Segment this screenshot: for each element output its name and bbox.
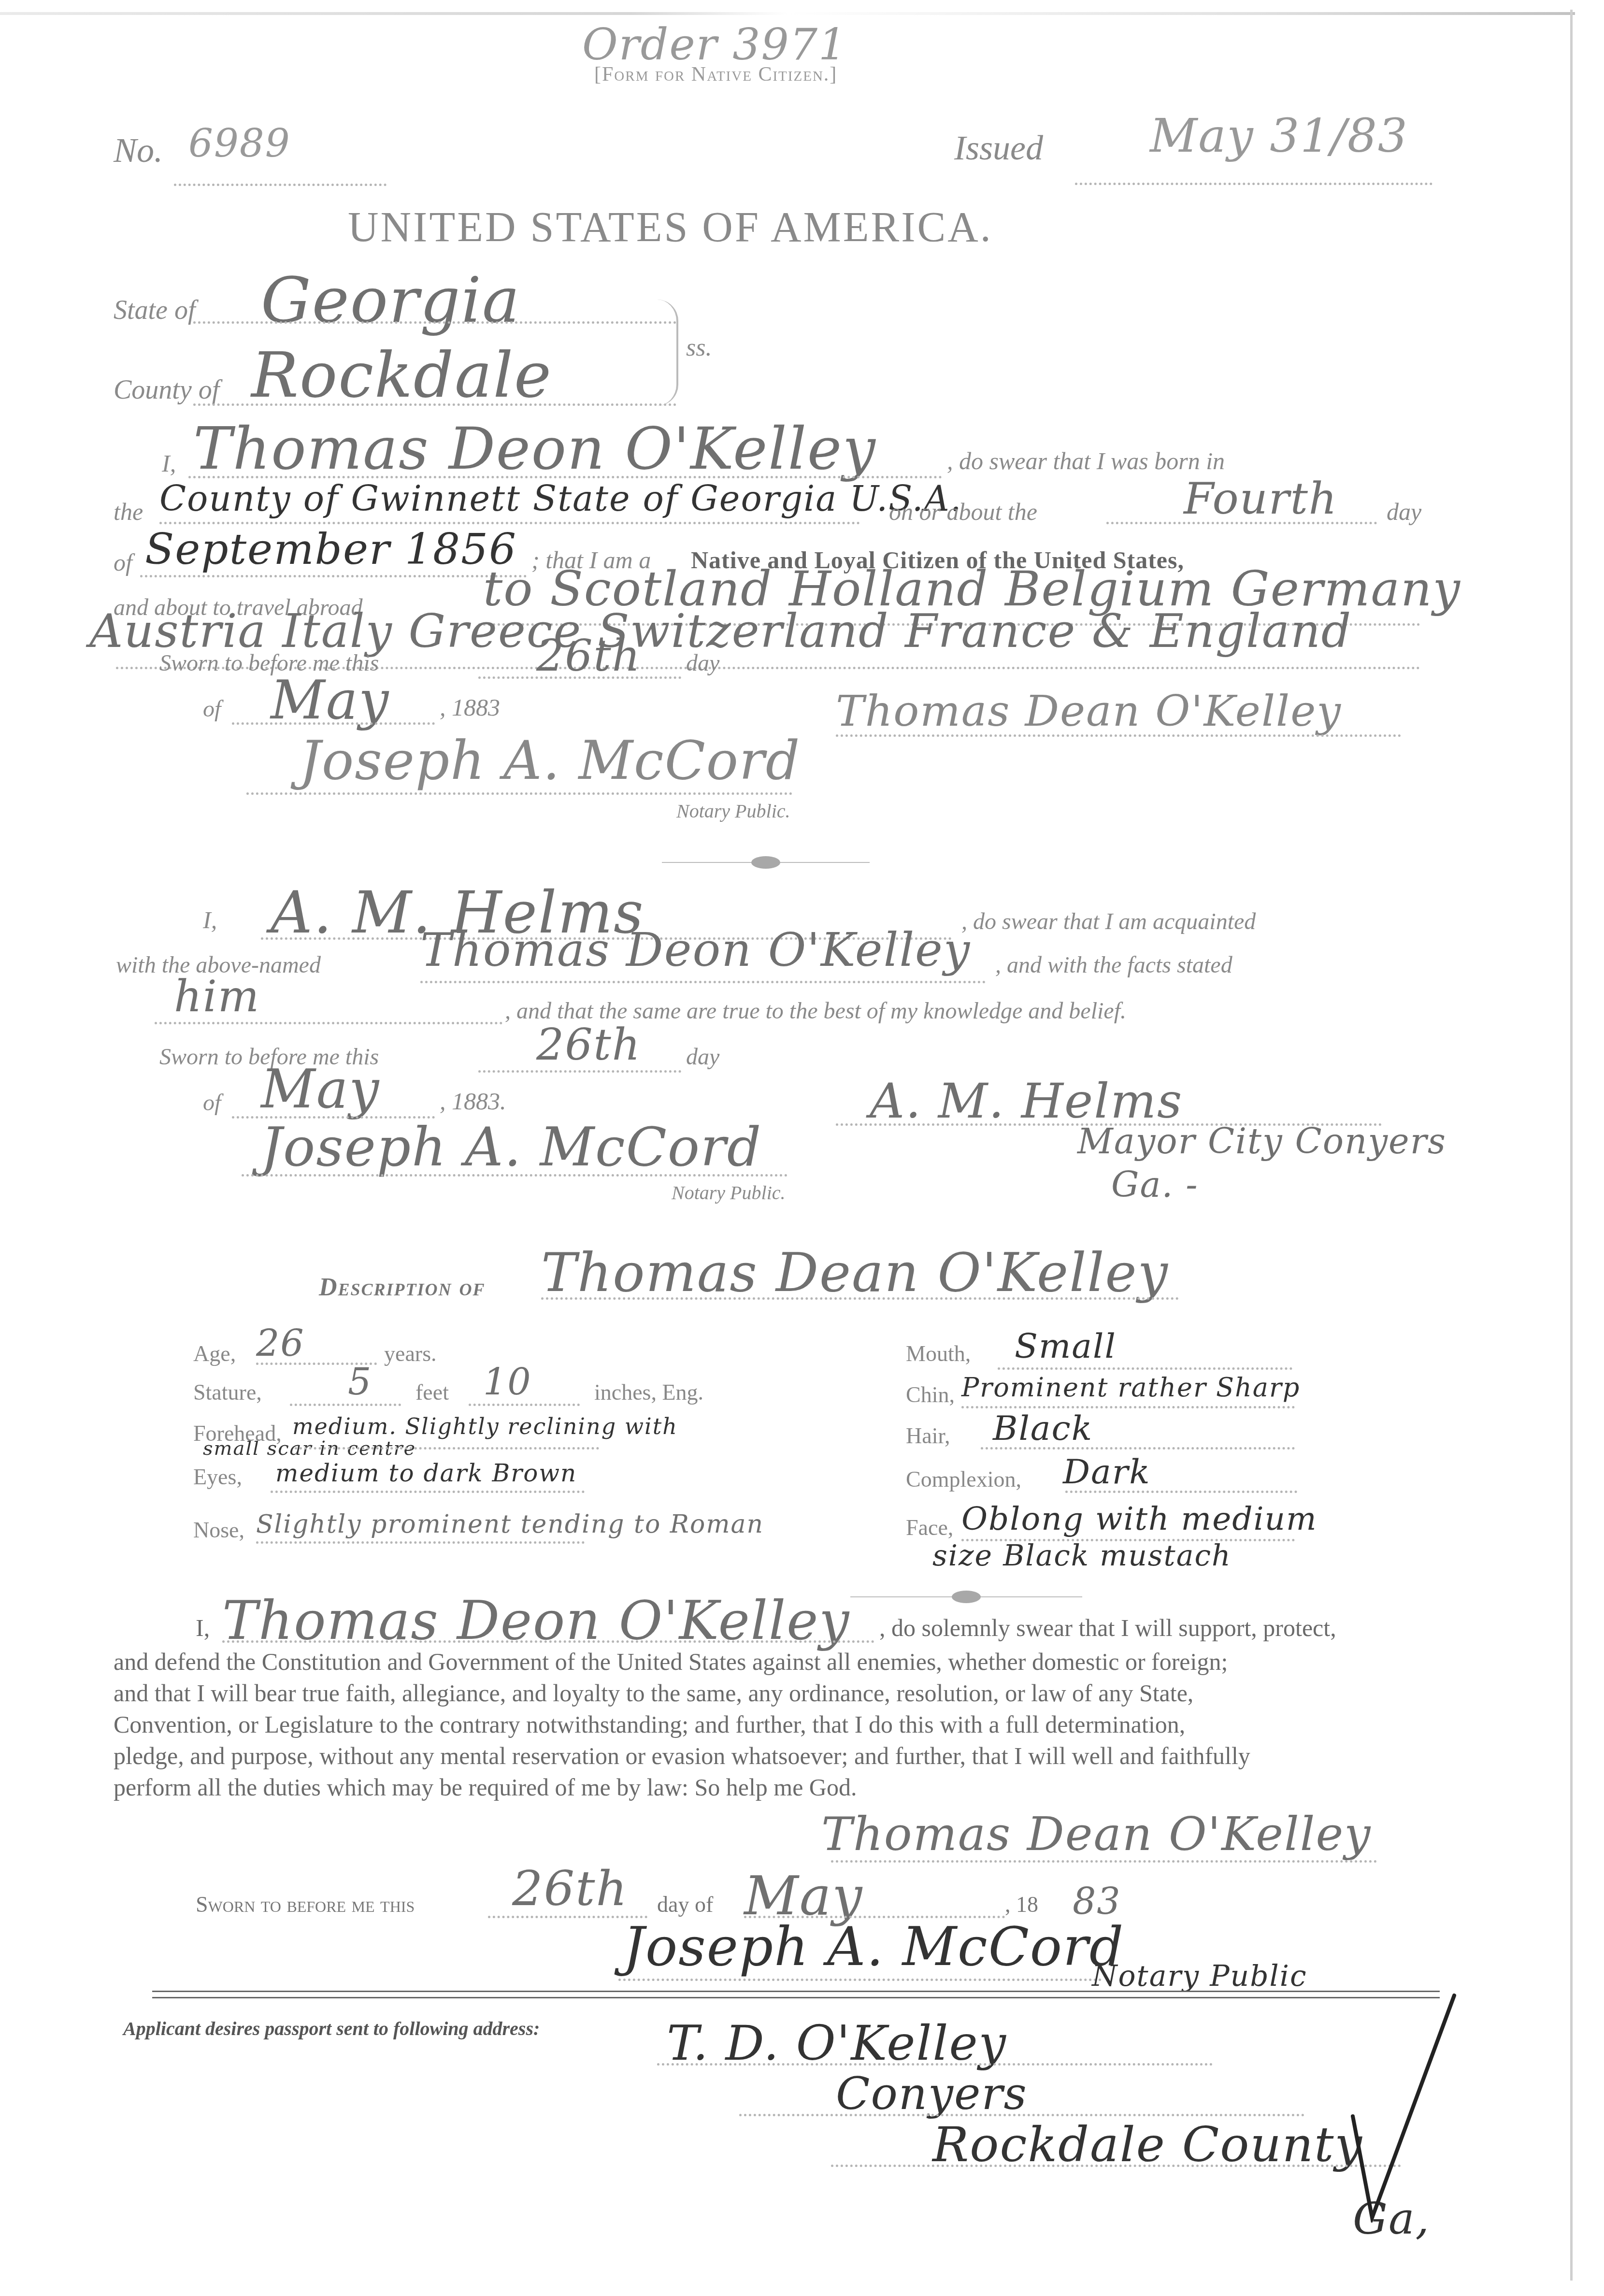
eyes-line: [271, 1491, 585, 1493]
face-value-line-2: size Black mustach: [932, 1539, 1232, 1573]
address-separator: [152, 1991, 1440, 1998]
oath-line-1-tail: , do solemnly swear that I will support,…: [879, 1614, 1336, 1642]
applicant-sworn-day: 26th: [536, 631, 641, 681]
applicant-sworn-day-line: [478, 676, 681, 679]
stature-feet-value: 5: [348, 1360, 372, 1403]
paper-top-edge: [0, 12, 1575, 15]
applicant-sworn-month: May: [271, 669, 389, 731]
complexion-line: [1065, 1491, 1297, 1493]
oath-sworn-label: Sworn to before me this: [196, 1892, 415, 1917]
document-title: UNITED STATES OF AMERICA.: [348, 203, 993, 252]
oath-day-of-label: day of: [657, 1892, 713, 1917]
applicant-sworn-month-line: [232, 722, 435, 725]
oath-name-line: [222, 1640, 874, 1643]
issued-label: Issued: [954, 128, 1043, 168]
oath-notary-line: [618, 1979, 1102, 1981]
state-label: State of: [114, 295, 196, 326]
witness-title-line-2: Ga. -: [1111, 1164, 1199, 1205]
witness-title-line-1: Mayor City Conyers: [1077, 1121, 1446, 1162]
check-mark-icon: [1343, 1991, 1469, 2223]
hair-label: Hair,: [906, 1423, 950, 1449]
chin-label: Chin,: [906, 1382, 955, 1407]
issued-line: [1075, 183, 1432, 185]
hair-value: Black: [993, 1408, 1093, 1448]
oath-line-3: and that I will bear true faith, allegia…: [114, 1679, 1193, 1707]
county-line: [193, 403, 676, 406]
forehead-value: medium. Slightly reclining with: [292, 1413, 678, 1439]
age-value: 26: [256, 1321, 305, 1364]
ss-label: ss.: [686, 333, 712, 362]
mouth-value: Small: [1015, 1326, 1117, 1366]
eyes-label: Eyes,: [193, 1464, 242, 1490]
oath-sworn-day: 26th: [512, 1860, 628, 1917]
nose-value: Slightly prominent tending to Roman: [256, 1510, 764, 1539]
venue-bracket: [657, 300, 678, 406]
mouth-label: Mouth,: [906, 1341, 971, 1366]
witness-text-1: , do swear that I am acquainted: [961, 908, 1256, 935]
applicant-i-label: I,: [162, 449, 176, 477]
oath-notary-signature: Joseph A. McCord: [623, 1916, 1124, 1978]
applicant-sworn-year: , 1883: [440, 693, 500, 721]
witness-sworn-year: , 1883.: [440, 1087, 506, 1115]
oath-line-4: Convention, or Legislature to the contra…: [114, 1710, 1185, 1738]
form-type-label: [Form for Native Citizen.]: [594, 63, 837, 86]
witness-sworn-month: May: [261, 1058, 380, 1120]
birth-month-year: September 1856: [145, 524, 517, 574]
witness-notary-title: Notary Public.: [672, 1181, 786, 1204]
oath-notary-title: Notary Public: [1092, 1959, 1307, 1993]
witness-pronoun-line: [155, 1022, 502, 1024]
the-label: the: [114, 498, 143, 526]
oath-divider-ornament: [850, 1590, 1082, 1604]
birth-day-line: [1106, 522, 1377, 524]
born-text: , do swear that I was born in: [947, 447, 1225, 475]
stature-inches-line: [469, 1404, 580, 1406]
witness-sworn-day-line: [478, 1070, 681, 1073]
section-divider-ornament: [662, 855, 870, 870]
witness-text-2: , and with the facts stated: [995, 952, 1232, 978]
state-value: Georgia: [261, 263, 521, 337]
oath-i-label: I,: [196, 1614, 210, 1642]
face-line: [961, 1539, 1295, 1541]
oath-line-6: perform all the duties which may be requ…: [114, 1773, 857, 1801]
address-label: Applicant desires passport sent to follo…: [123, 2017, 540, 2040]
complexion-label: Complexion,: [906, 1466, 1021, 1492]
birth-of-label: of: [114, 548, 132, 576]
stature-inches-label: inches, Eng.: [594, 1379, 703, 1405]
witness-sworn-day: 26th: [536, 1019, 641, 1070]
witness-sworn-of: of: [203, 1090, 221, 1116]
eyes-value: medium to dark Brown: [275, 1459, 577, 1487]
applicant-notary-line: [246, 792, 792, 795]
number-value: 6989: [188, 121, 291, 166]
birth-day-label: day: [1387, 498, 1421, 526]
mouth-line: [998, 1367, 1292, 1370]
stature-inches-value: 10: [483, 1360, 532, 1403]
address-line-2: Conyers: [836, 2068, 1028, 2120]
witness-notary-signature: Joseph A. McCord: [261, 1116, 762, 1178]
description-name-line: [541, 1297, 1179, 1300]
witness-pronoun: him: [174, 971, 260, 1022]
birth-day-value: Fourth: [1184, 474, 1338, 524]
witness-i-label: I,: [203, 906, 217, 934]
issued-value: May 31/83: [1150, 109, 1408, 163]
oath-year-prefix: , 18: [1005, 1892, 1038, 1917]
witness-applicant-line: [420, 981, 986, 983]
applicant-sworn-day-label: day: [686, 650, 719, 676]
face-value: Oblong with medium: [961, 1500, 1318, 1537]
oath-line-2: and defend the Constitution and Governme…: [114, 1648, 1228, 1676]
description-name: Thomas Dean O'Kelley: [541, 1242, 1169, 1304]
applicant-signature-line: [836, 734, 1401, 737]
county-value: Rockdale: [251, 338, 552, 412]
applicant-signature: Thomas Dean O'Kelley: [836, 686, 1342, 736]
nose-label: Nose,: [193, 1517, 244, 1543]
nose-line: [256, 1541, 585, 1544]
oath-applicant-signature: Thomas Dean O'Kelley: [821, 1807, 1372, 1861]
description-heading: Description of: [319, 1273, 486, 1302]
chin-value: Prominent rather Sharp: [961, 1372, 1300, 1403]
witness-applicant-name: Thomas Deon O'Kelley: [420, 923, 971, 977]
applicant-notary-title: Notary Public.: [676, 800, 790, 822]
age-label: Age,: [193, 1341, 236, 1366]
birthplace-value: County of Gwinnett State of Georgia U.S.…: [159, 478, 962, 519]
number-line: [174, 184, 387, 186]
birth-month-year-line: [140, 575, 527, 577]
face-label: Face,: [906, 1515, 953, 1540]
number-label: No.: [114, 130, 163, 171]
address-line-3-rule: [831, 2165, 1401, 2167]
forehead-line: [295, 1447, 599, 1449]
oath-applicant-signature-line: [831, 1860, 1377, 1863]
county-label: County of: [114, 374, 219, 405]
stature-feet-label: feet: [415, 1379, 449, 1405]
applicant-name: Thomas Deon O'Kelley: [193, 416, 876, 483]
address-line-1-rule: [657, 2063, 1213, 2066]
age-suffix: years.: [384, 1341, 437, 1366]
state-line: [193, 321, 676, 324]
applicant-notary-signature: Joseph A. McCord: [300, 730, 801, 791]
applicant-sworn-of: of: [203, 696, 221, 722]
hair-line: [981, 1447, 1295, 1449]
complexion-value: Dark: [1063, 1452, 1151, 1492]
on-or-about-text: on or about the: [889, 498, 1037, 526]
paper-right-edge: [1570, 10, 1573, 2281]
stature-label: Stature,: [193, 1379, 262, 1405]
witness-sworn-day-label: day: [686, 1044, 719, 1070]
oath-line-5: pledge, and purpose, without any mental …: [114, 1742, 1250, 1770]
witness-notary-line: [242, 1174, 788, 1177]
stature-feet-line: [290, 1404, 401, 1406]
